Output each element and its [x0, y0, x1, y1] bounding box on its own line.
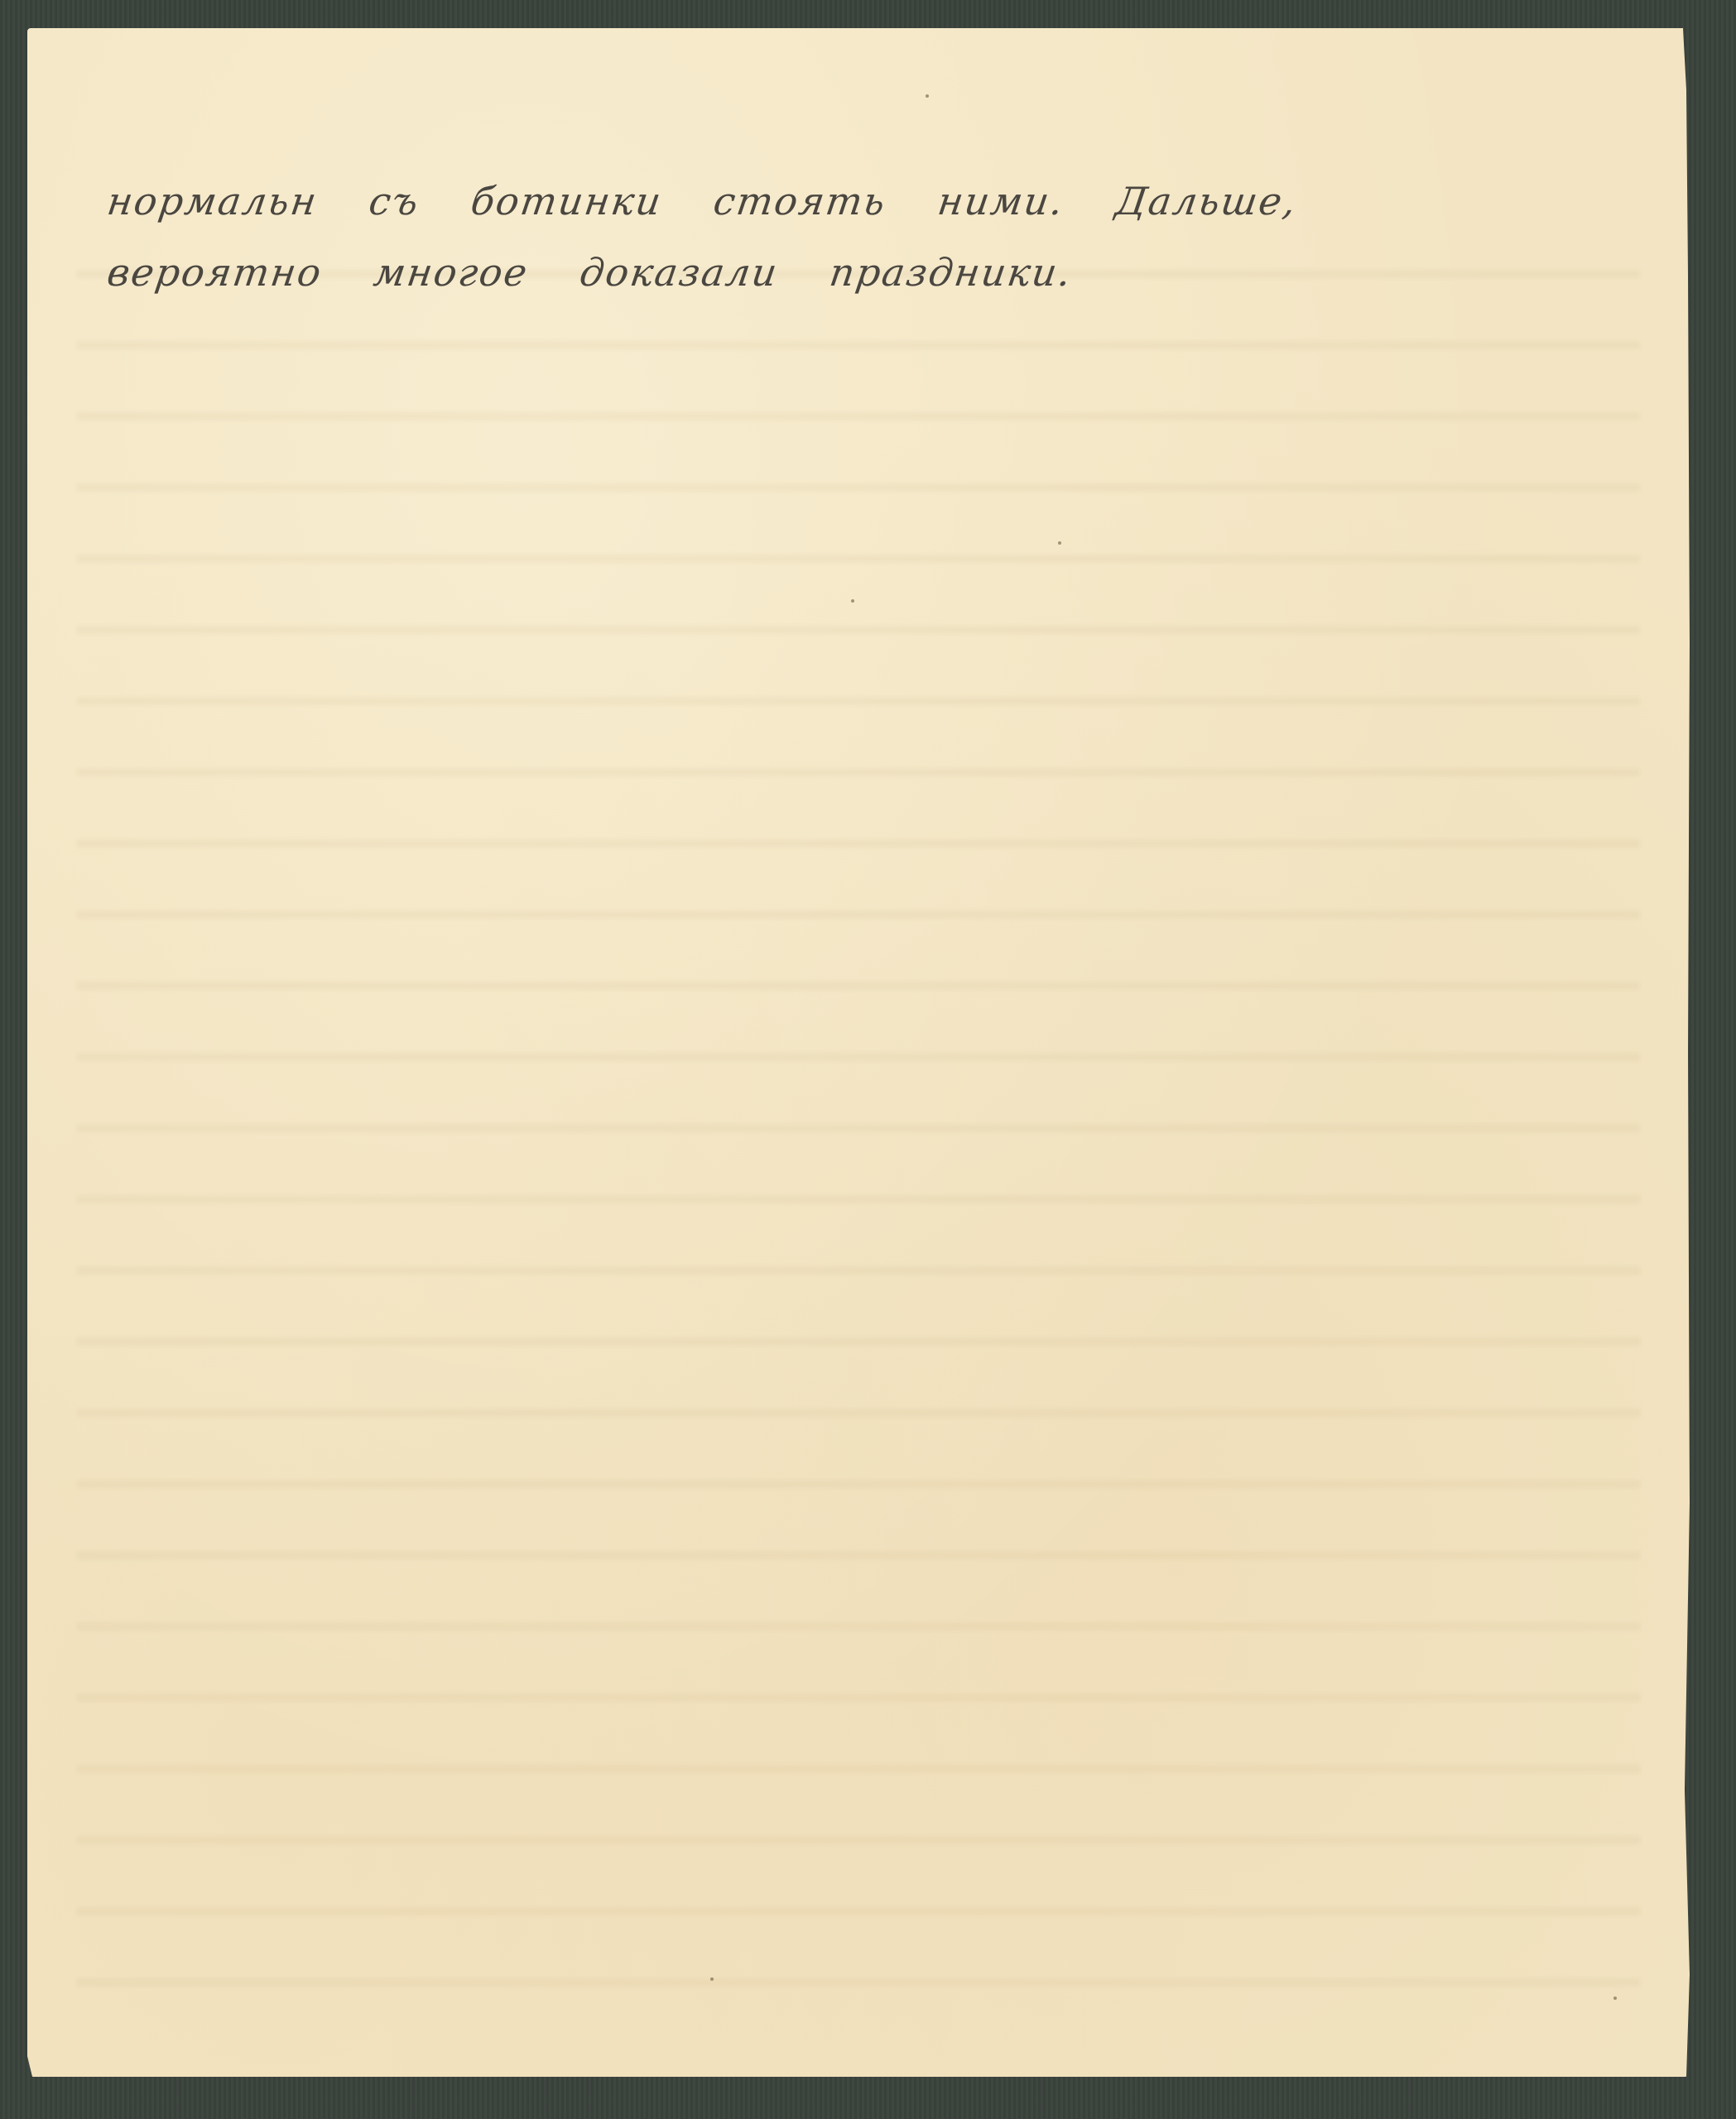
ink-speck [1613, 1996, 1617, 2000]
handwritten-text: нормальн съ ботинки стоять ними. Дальше,… [108, 166, 1681, 308]
handwritten-line-2: вероятно многое доказали праздники. [103, 237, 1686, 308]
word: ботинки [469, 179, 666, 223]
word: многое [371, 250, 531, 295]
word: стоять [711, 179, 890, 223]
word: вероятно [104, 250, 325, 295]
ink-speck [710, 1977, 714, 1981]
word: доказали [577, 250, 781, 295]
bleed-through-text [77, 227, 1640, 2027]
word: нормальн [104, 179, 320, 223]
ink-speck [1058, 541, 1061, 545]
word: ними. [935, 179, 1067, 223]
word: праздники. [827, 250, 1075, 295]
ink-speck [851, 599, 854, 603]
manuscript-page [27, 28, 1690, 2077]
ink-speck [926, 94, 929, 98]
handwritten-line-1: нормальн съ ботинки стоять ними. Дальше, [103, 166, 1686, 237]
word: Дальше, [1113, 179, 1300, 223]
word: съ [366, 179, 422, 223]
